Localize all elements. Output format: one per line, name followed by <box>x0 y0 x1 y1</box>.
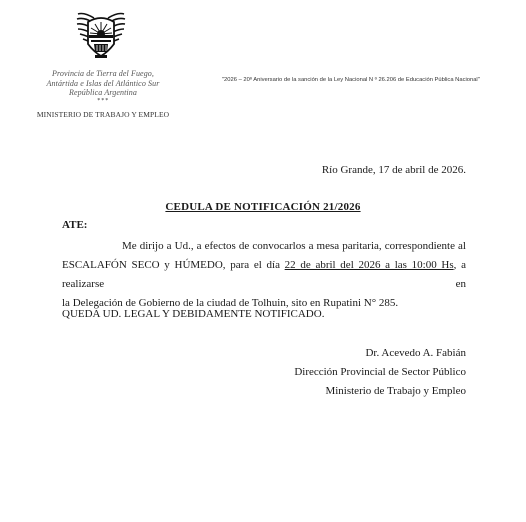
signatory-office: Dirección Provincial de Sector Público <box>294 363 466 382</box>
body-line-2-pre: ESCALAFÓN SECO y HÚMEDO, para el día <box>62 259 285 271</box>
body-line-1: Me dirijo a Ud., a efectos de convocarlo… <box>62 237 466 256</box>
signature-block: Dr. Acevedo A. Fabián Dirección Provinci… <box>294 344 466 401</box>
anniversary-motto: "2026 – 20º Aniversario de la sanción de… <box>222 77 480 83</box>
province-name: Provincia de Tierra del Fuego, Antártida… <box>0 69 206 104</box>
addressee: ATE: <box>62 219 87 231</box>
province-line-2: Antártida e Islas del Atlántico Sur <box>0 79 206 89</box>
document-title: CEDULA DE NOTIFICACIÓN 21/2026 <box>0 201 526 213</box>
signatory-name: Dr. Acevedo A. Fabián <box>294 344 466 363</box>
document-date: Río Grande, 17 de abril de 2026. <box>322 164 466 176</box>
meeting-datetime: 22 de abril del 2026 a las 10:00 Hs <box>285 259 454 271</box>
notification-body: Me dirijo a Ud., a efectos de convocarlo… <box>62 237 466 313</box>
closing-statement: QUEDA UD. LEGAL Y DEBIDAMENTE NOTIFICADO… <box>62 308 324 320</box>
province-line-1: Provincia de Tierra del Fuego, <box>0 69 206 79</box>
signatory-ministry: Ministerio de Trabajo y Empleo <box>294 382 466 401</box>
province-line-3: República Argentina <box>0 88 206 98</box>
province-coat-of-arms-icon <box>74 8 128 64</box>
ministry-name: MINISTERIO DE TRABAJO Y EMPLEO <box>0 110 206 119</box>
body-line-2: ESCALAFÓN SECO y HÚMEDO, para el día 22 … <box>62 256 466 294</box>
stars-divider: *** <box>0 98 206 104</box>
